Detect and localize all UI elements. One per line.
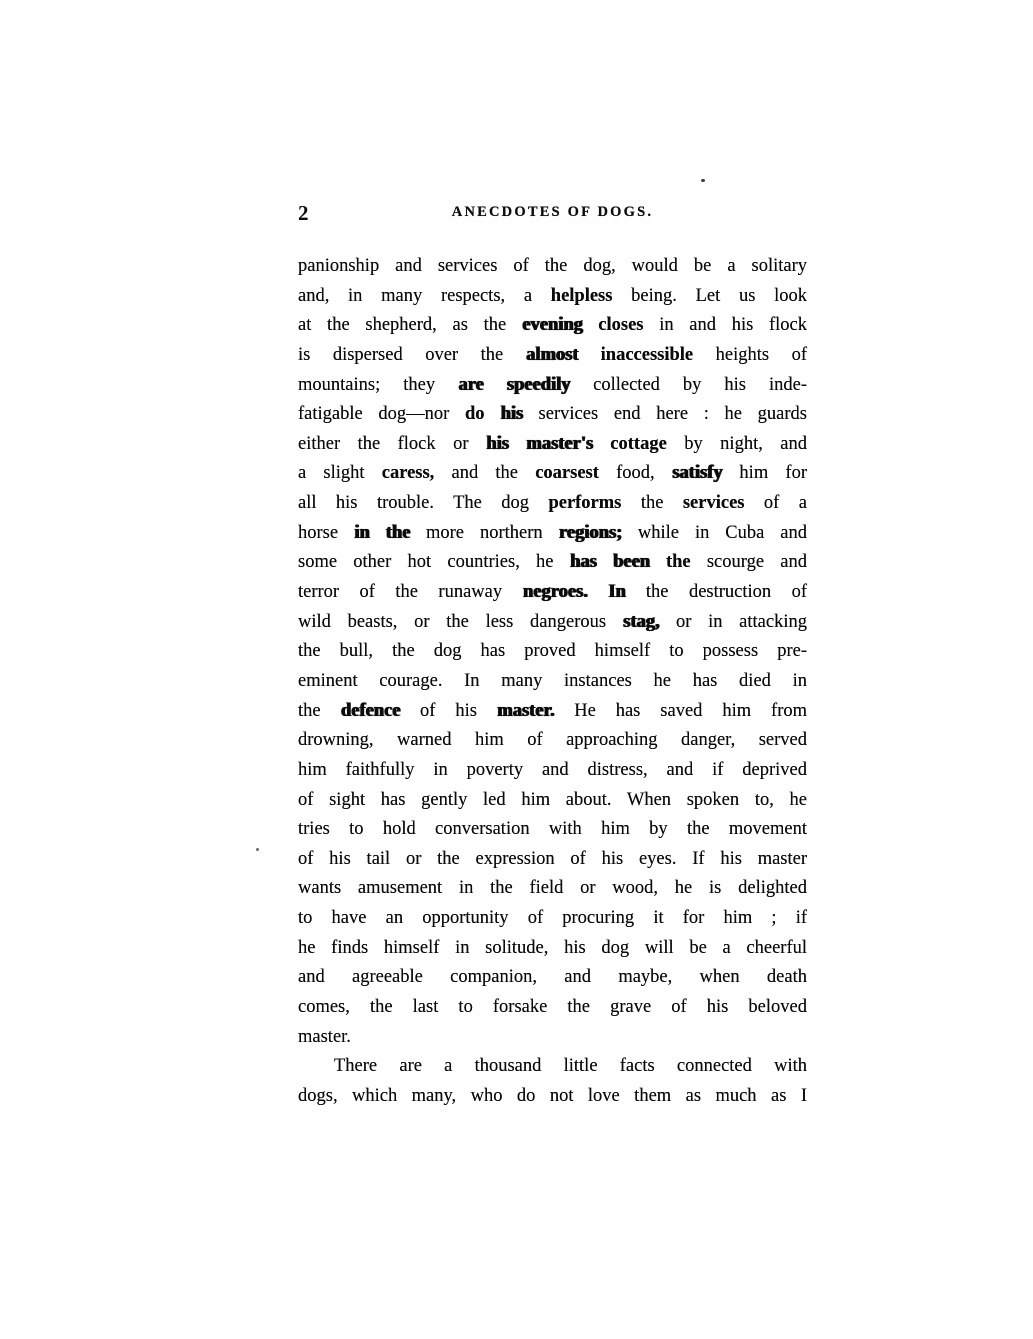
page-header: 2 ANECDOTES OF DOGS. [298, 200, 807, 226]
text-line: comes, the last to forsake the grave of … [298, 993, 807, 1023]
text-line: There are a thousand little facts connec… [298, 1052, 807, 1082]
bold-ink-word: caress, [382, 463, 435, 483]
text-line: of his tail or the expression of his eye… [298, 845, 807, 875]
bold-ink-word: coarsest [535, 463, 599, 483]
text-line: to have an opportunity of procuring it f… [298, 904, 807, 934]
heavy-ink-word: are speedily [458, 375, 570, 395]
bold-ink-word: cottage [610, 434, 667, 454]
running-header: ANECDOTES OF DOGS. [298, 200, 807, 221]
text-line: him faithfully in poverty and distress, … [298, 756, 807, 786]
text-line: the defence of his master. He has saved … [298, 697, 807, 727]
text-line: drowning, warned him of approaching dang… [298, 726, 807, 756]
text-line: fatigable dog—nor do his services end he… [298, 400, 807, 430]
heavy-ink-word: almost [526, 345, 578, 365]
text-line: at the shepherd, as the evening closes i… [298, 311, 807, 341]
text-line: panionship and services of the dog, woul… [298, 252, 807, 282]
heavy-ink-word: in the [354, 523, 410, 543]
scan-speck [256, 848, 259, 851]
book-page: 2 ANECDOTES OF DOGS. panionship and serv… [0, 0, 1033, 1339]
text-line: horse in the more northern regions; whil… [298, 519, 807, 549]
page-number: 2 [298, 201, 309, 226]
text-line: tries to hold conversation with him by t… [298, 815, 807, 845]
text-line: a slight caress, and the coarsest food, … [298, 459, 807, 489]
text-line: dogs, which many, who do not love them a… [298, 1082, 807, 1112]
text-line: he finds himself in solitude, his dog wi… [298, 934, 807, 964]
bold-ink-word: closes [598, 315, 643, 335]
heavy-ink-word: stag, [623, 612, 660, 632]
bold-ink-word: do [465, 404, 485, 424]
text-line: wild beasts, or the less dangerous stag,… [298, 608, 807, 638]
text-line: mountains; they are speedily collected b… [298, 371, 807, 401]
heavy-ink-word: regions; [559, 523, 622, 543]
text-line: all his trouble. The dog performs the se… [298, 489, 807, 519]
text-line: and agreeable companion, and maybe, when… [298, 963, 807, 993]
text-line: and, in many respects, a helpless being.… [298, 282, 807, 312]
bold-ink-word: services [683, 493, 745, 513]
bold-ink-word: helpless [551, 286, 613, 306]
heavy-ink-word: In [608, 582, 626, 602]
heavy-ink-word: negroes. [523, 582, 588, 602]
heavy-ink-word: master. [497, 701, 554, 721]
text-line: eminent courage. In many instances he ha… [298, 667, 807, 697]
body-text: panionship and services of the dog, woul… [298, 252, 807, 1112]
heavy-ink-word: his master's [486, 434, 593, 454]
heavy-ink-word: satisfy [672, 463, 722, 483]
bold-ink-word: the [666, 552, 691, 572]
text-line: wants amusement in the field or wood, he… [298, 874, 807, 904]
heavy-ink-word: has been [570, 552, 650, 572]
text-line: master. [298, 1023, 807, 1053]
text-line: terror of the runaway negroes. In the de… [298, 578, 807, 608]
text-line: either the flock or his master's cottage… [298, 430, 807, 460]
text-line: is dispersed over the almost inaccessibl… [298, 341, 807, 371]
scan-speck [701, 179, 705, 182]
heavy-ink-word: his [500, 404, 523, 424]
text-line: the bull, the dog has proved himself to … [298, 637, 807, 667]
text-line: some other hot countries, he has been th… [298, 548, 807, 578]
bold-ink-word: inaccessible [601, 345, 694, 365]
heavy-ink-word: evening [522, 315, 583, 335]
heavy-ink-word: defence [341, 701, 401, 721]
text-line: of sight has gently led him about. When … [298, 786, 807, 816]
bold-ink-word: performs [548, 493, 621, 513]
